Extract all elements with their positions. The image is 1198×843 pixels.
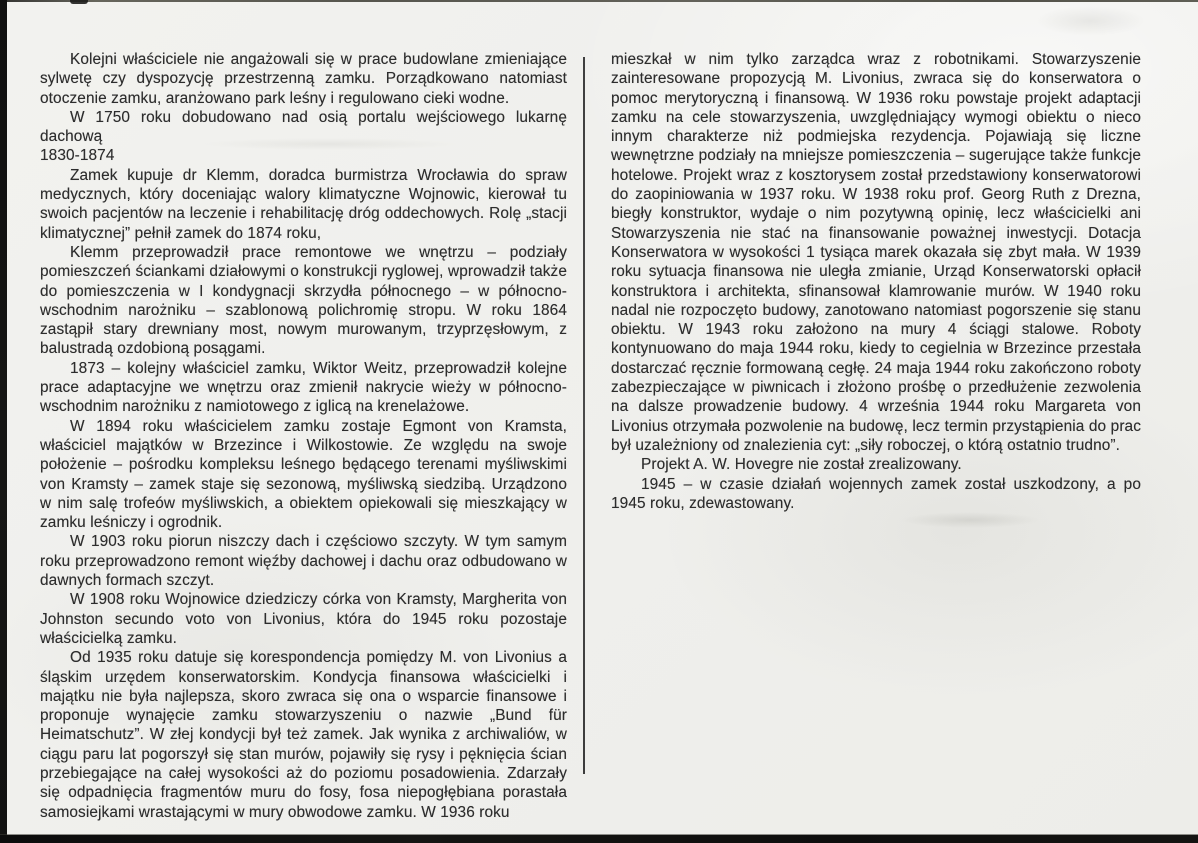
paragraph: W 1903 roku piorun niszczy dach i części… [40,532,567,590]
paragraph: W 1908 roku Wojnowice dziedziczy córka v… [40,590,567,648]
paragraph-date-range: 1830-1874 [40,146,567,165]
right-text-column: mieszkał w nim tylko zarządca wraz z rob… [611,50,1141,513]
scan-top-artifact [70,0,88,4]
left-text-column: Kolejni właściciele nie angażowali się w… [40,50,567,822]
paragraph: Zamek kupuje dr Klemm, doradca burmistrz… [40,166,567,243]
paragraph: 1873 – kolejny właściciel zamku, Wiktor … [40,359,567,417]
paragraph: Projekt A. W. Hovegre nie został zrealiz… [611,455,1141,474]
paragraph: Od 1935 roku datuje się korespondencja p… [40,648,567,822]
paragraph: Klemm przeprowadził prace remontowe we w… [40,243,567,359]
column-divider-rule [583,57,585,774]
scan-bottom-edge [0,835,1198,843]
paragraph: 1945 – w czasie działań wojennych zamek … [611,475,1141,514]
scan-smudge [1035,6,1145,36]
scan-left-edge [0,0,7,843]
scan-top-edge [0,0,1198,2]
paragraph: W 1750 roku dobudowano nad osią portalu … [40,108,567,147]
paragraph: mieszkał w nim tylko zarządca wraz z rob… [611,50,1141,455]
paragraph: W 1894 roku właścicielem zamku zostaje E… [40,417,567,533]
paragraph: Kolejni właściciele nie angażowali się w… [40,50,567,108]
scan-smudge [900,512,1040,528]
